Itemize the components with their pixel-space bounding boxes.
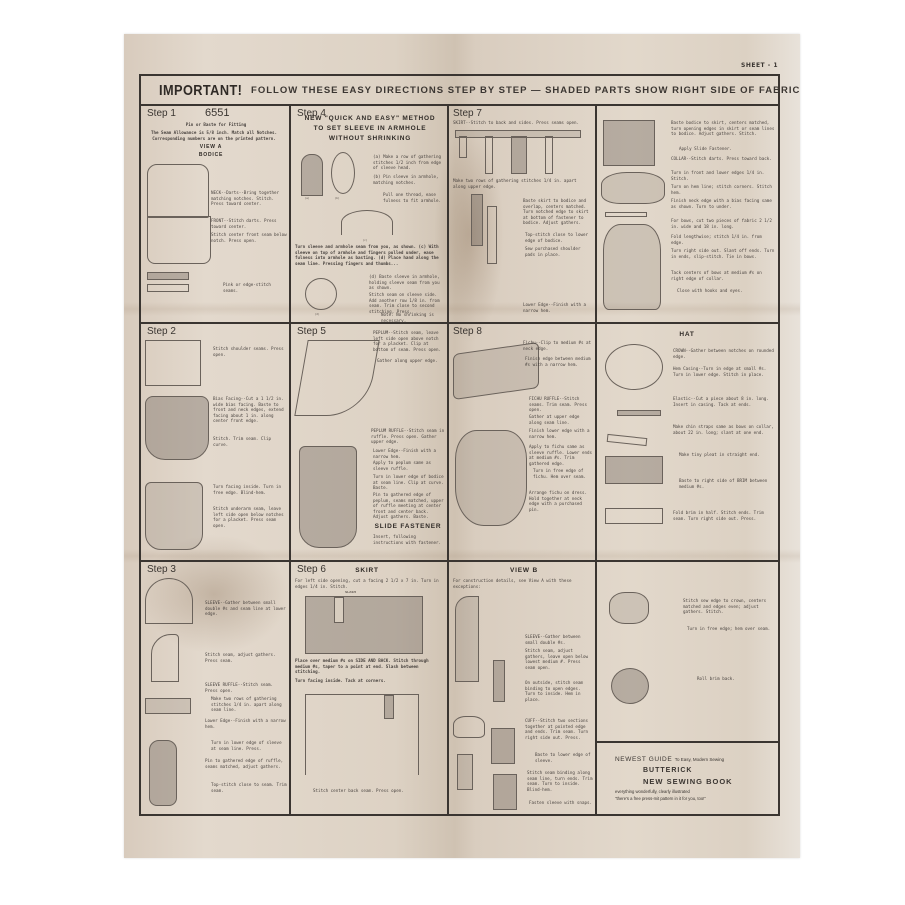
- step-note: Pin to gathered edge of peplum, seams ma…: [373, 492, 445, 520]
- collar-sketch: [601, 172, 665, 204]
- step-note: Sew purchased shoulder pads in place.: [525, 246, 593, 257]
- ease-sketch: [341, 210, 393, 235]
- elastic-sketch: [617, 410, 661, 416]
- step-3-cell: Step 3 SLEEVE--Gather between small doub…: [141, 562, 289, 814]
- bodice-back-sketch: [147, 216, 211, 264]
- hat-cell: HAT CROWN--Gather between notches on rou…: [597, 324, 778, 560]
- seam-allowance: The Seam Allowance is 5/8 inch. Match al…: [149, 130, 279, 141]
- step-note: FRONT--Stitch darts. Press toward center…: [211, 218, 287, 229]
- banner-instruction: FOLLOW THESE EASY DIRECTIONS STEP BY STE…: [251, 85, 800, 96]
- crown-sketch: [605, 344, 663, 390]
- view-b-intro: For construction details, see View A wit…: [453, 578, 593, 589]
- fastened-sleeve-sketch: [493, 774, 517, 810]
- important-heading: IMPORTANT!: [159, 82, 242, 99]
- binding-sketch: [457, 754, 473, 790]
- step-note: SLEEVE--Gather between small double #s.: [525, 634, 593, 645]
- step-note: Arrange fichu on dress. Hold together at…: [529, 490, 593, 512]
- step-note: (b) Pin sleeve in armhole, matching notc…: [373, 174, 443, 185]
- instruction-frame: IMPORTANT! FOLLOW THESE EASY DIRECTIONS …: [139, 74, 780, 816]
- subtitle: Pin or Baste for Fitting: [161, 122, 271, 128]
- step-note: FICHU RUFFLE--Stitch seams. Trim seam. P…: [529, 396, 593, 413]
- step-8-cell: Step 8 Fichu--Clip to medium #s at neck …: [449, 324, 595, 560]
- armhole-sketch: [331, 152, 355, 194]
- step-note: Turn in free edge of fichu. Hem over sea…: [533, 468, 593, 479]
- step-note: (d) Baste sleeve in armhole, holding sle…: [369, 274, 441, 291]
- advert-lead-rest: To Easy, Modern Sewing: [675, 757, 724, 762]
- peplum-sketch: [294, 340, 379, 416]
- step-note: Finish edge between medium #s with a nar…: [525, 356, 593, 367]
- step-note: (a) Make a row of gathering stitches 1/2…: [373, 154, 443, 171]
- step-note: Fasten sleeve with snaps.: [529, 800, 593, 806]
- step-note: Fold brim in half. Stitch ends. Trim sea…: [673, 510, 775, 521]
- step-title: Step 3: [147, 564, 176, 575]
- step-note: Lower Edge--Finish with a narrow hem.: [205, 718, 287, 729]
- step-note: Apply Slide Fastener.: [679, 146, 775, 152]
- cuff-basting-sketch: [491, 728, 515, 764]
- step-note: Bias Facing--Cut a 1 1/2 in. wide bias f…: [213, 396, 287, 424]
- step-title: Step 1: [147, 108, 176, 119]
- step-5-cell: Step 5 PEPLUM--Stitch seam, leave left s…: [291, 324, 447, 560]
- figure-label: (d): [315, 312, 319, 316]
- skirt-heading: SKIRT: [347, 566, 387, 576]
- step-note: Stitch sew edge to crown, centers matche…: [683, 598, 773, 615]
- step-note: Lower Edge--Finish with a narrow hem.: [373, 448, 445, 459]
- figure-label: (a): [305, 196, 309, 200]
- step-note: Elastic--Cut a piece about 8 in. long. I…: [673, 396, 775, 407]
- step-note: Turn in free edge; hem over seam.: [687, 626, 773, 632]
- step-note: Turn sleeve and armhole seam from you, a…: [295, 244, 443, 266]
- step-note: Gather along upper edge.: [377, 358, 445, 364]
- step-note: Place over medium #s on SIDE AND BACK. S…: [295, 658, 443, 675]
- sleeve-seam-sketch: [151, 634, 179, 682]
- step-note: CUFF--Stitch two sections together at po…: [525, 718, 593, 740]
- slide-fastener-heading: SLIDE FASTENER: [371, 522, 445, 532]
- step-note: Make chin straps same as bows on collar,…: [673, 424, 775, 435]
- hat-finish-cell: Stitch sew edge to crown, centers matche…: [597, 562, 778, 742]
- banner: IMPORTANT! FOLLOW THESE EASY DIRECTIONS …: [141, 76, 778, 106]
- step-6-cell: Step 6 SKIRT For left side opening, cut …: [291, 562, 447, 814]
- step-title: Step 5: [297, 326, 326, 337]
- step-2-cell: Step 2 Stitch shoulder seams. Press open…: [141, 324, 289, 560]
- finished-bonnet-sketch: [611, 668, 649, 704]
- step-note: CROWN--Gather between notches on rounded…: [673, 348, 775, 359]
- step-note: Note: No shrinking is necessary.: [381, 312, 441, 323]
- skirt-back-sketch: [305, 694, 419, 775]
- skirt-panel-sketch: [545, 136, 553, 174]
- step-1-cell: Step 1 6551 Pin or Baste for Fitting The…: [141, 106, 289, 322]
- step-note: SKIRT--Stitch to back and sides. Press s…: [453, 120, 593, 126]
- sleeve-sketch: [301, 154, 323, 196]
- bodice-collar-cell: Baste bodice to skirt, centers matched, …: [597, 106, 778, 322]
- skirt-panel-sketch: [485, 136, 493, 174]
- step-note: Insert, following instructions with fast…: [373, 534, 445, 545]
- step-note: On outside, stitch seam binding to open …: [525, 680, 593, 702]
- step-note: Turn in lower edge of bodice at seam lin…: [373, 474, 445, 491]
- step-note: NECK--Darts--Bring together matching not…: [211, 190, 287, 207]
- folded-brim-sketch: [605, 508, 663, 524]
- step-note: Tack centers of bows at medium #s on rig…: [671, 270, 775, 281]
- bodice-shoulder-sketch: [145, 340, 201, 386]
- step-note: Pin to gathered edge of ruffle, seams ma…: [205, 758, 287, 769]
- step-note: PEPLUM RUFFLE--Stitch seam in ruffle. Pr…: [371, 428, 445, 445]
- step-note: Make tiny pleat in straight end.: [679, 452, 775, 458]
- step-note: Stitch center back seam. Press open.: [313, 788, 443, 794]
- step-note: Fichu--Clip to medium #s at neck edge.: [523, 340, 593, 351]
- chin-strap-sketch: [607, 434, 648, 446]
- step-note: Baste to lower edge of sleeve.: [535, 752, 593, 763]
- bonnet-sketch: [609, 592, 649, 624]
- step-note: Turn in front and lower edges 1/4 in. St…: [671, 170, 775, 181]
- bodice-gather-sketch: [487, 206, 497, 264]
- brim-sketch: [605, 456, 663, 484]
- heading-line: WITHOUT SHRINKING: [297, 134, 443, 144]
- skirt-slash-sketch: [305, 596, 423, 654]
- advert-quote: "there's a free press-mit pattern in it …: [615, 796, 706, 801]
- step-note: Fold lengthwise; stitch 1/4 in. from edg…: [671, 234, 775, 245]
- step-4-cell: Step 4 NEW "QUICK AND EASY" METHOD TO SE…: [291, 106, 447, 322]
- long-sleeve-sketch: [455, 596, 479, 682]
- step-note: SLEEVE--Gather between small double #s a…: [205, 600, 287, 617]
- sleeve-sketch: [145, 578, 193, 624]
- step-note: Apply to fichu same as sleeve ruffle. Lo…: [529, 444, 593, 466]
- advert-tagline: everything wonderfully, clearly illustra…: [615, 789, 690, 794]
- step-note: Stitch underarm seam, leave left side op…: [213, 506, 287, 528]
- placket-sketch: [384, 695, 394, 719]
- heading-line: TO SET SLEEVE IN ARMHOLE: [297, 124, 443, 134]
- advert-lead-text: NEWEST GUIDE: [615, 756, 672, 763]
- placket-facing-sketch: [334, 597, 344, 623]
- step-title: Step 6: [297, 564, 326, 575]
- step-note: Hem Casing--Turn in edge at small #s. Tu…: [673, 366, 775, 377]
- heading-line: NEW "QUICK AND EASY" METHOD: [297, 114, 443, 124]
- step-note: Baste skirt to bodice and overlap, cente…: [523, 198, 593, 226]
- bow-strip-sketch: [605, 212, 647, 217]
- bodice-facing-sketch: [145, 396, 209, 460]
- step-note: Baste bodice to skirt, centers matched, …: [671, 120, 775, 137]
- step-note: Turn in lower edge of sleeve at seam lin…: [211, 740, 287, 751]
- dress-fichu-sketch: [455, 430, 527, 526]
- step-note: Lower Edge--Finish with a narrow hem.: [523, 302, 591, 313]
- hat-heading: HAT: [667, 330, 707, 340]
- sleeve-binding-sketch: [493, 660, 505, 702]
- bodice-gather-sketch: [471, 194, 483, 246]
- figure-label: (b): [335, 196, 339, 200]
- sheet-label: SHEET - 1: [741, 62, 778, 69]
- step-note: Top-stitch close to seam. Trim seam.: [211, 782, 287, 793]
- step-note: Top-stitch close to lower edge of bodice…: [525, 232, 593, 243]
- step-note: Turn facing inside. Turn in free edge. B…: [213, 484, 287, 495]
- advert-lead: NEWEST GUIDE To Easy, Modern Sewing: [615, 756, 724, 763]
- bodice-skirt-sketch: [603, 120, 655, 166]
- bodice-front-sketch: [147, 164, 209, 218]
- step-note: COLLAR--Stitch darts. Press toward back.: [671, 156, 775, 162]
- step-note: Make two rows of gathering stitches 1/4 …: [211, 696, 287, 713]
- step-note: Gather at upper edge along seam line.: [529, 414, 593, 425]
- step-note: PEPLUM--Stitch seam, leave left side ope…: [373, 330, 445, 352]
- skirt-panel-sketch: [511, 136, 527, 174]
- seam-sketch: [147, 284, 189, 292]
- step-note: Roll brim back.: [697, 676, 767, 682]
- step-note: Stitch seam, adjust gathers. Press seam.: [205, 652, 287, 663]
- pattern-instruction-sheet: SHEET - 1 IMPORTANT! FOLLOW THESE EASY D…: [124, 34, 800, 858]
- seam-sketch: [147, 272, 189, 280]
- sleeve-basting-sketch: [305, 278, 337, 310]
- step-title: Step 8: [453, 326, 482, 337]
- sleeve-ruffle-sketch: [145, 698, 191, 714]
- view-b-cell: VIEW B For construction details, see Vie…: [449, 562, 595, 814]
- step-7-cell: Step 7 SKIRT--Stitch to back and sides. …: [449, 106, 595, 322]
- step-note: For bows, cut two pieces of fabric 2 1/2…: [671, 218, 775, 229]
- step-note: Stitch seam binding along seam line, tur…: [527, 770, 593, 792]
- step-note: Stitch. Trim seam. Clip curve.: [213, 436, 287, 447]
- step-note: SLEEVE RUFFLE--Stitch seam. Press open.: [205, 682, 287, 693]
- step-note: For left side opening, cut a facing 2 1/…: [295, 578, 443, 589]
- dress-sketch: [603, 224, 661, 310]
- peplum-ruffle-sketch: [299, 446, 357, 548]
- step-note: Finish neck edge with a bias facing same…: [671, 198, 775, 209]
- step-note: Stitch seam, adjust gathers, leave open …: [525, 648, 593, 670]
- figure-label: (c): [363, 238, 367, 242]
- step-note: Make two rows of gathering stitches 1/4 …: [453, 178, 591, 189]
- step-note: Pink or edge-stitch seams.: [223, 282, 283, 293]
- step-title: Step 7: [453, 108, 482, 119]
- slash-label: SLASH: [345, 590, 356, 594]
- advert-book-title: NEW SEWING BOOK: [643, 777, 733, 786]
- step-note: Turn right side out. Slant off ends. Tur…: [671, 248, 775, 259]
- step-heading: NEW "QUICK AND EASY" METHOD TO SET SLEEV…: [297, 114, 443, 144]
- step-note: Turn on hem line; stitch corners. Stitch…: [671, 184, 775, 195]
- finished-sleeve-sketch: [149, 740, 177, 806]
- step-note: Baste to right side of BRIM between medi…: [679, 478, 775, 489]
- advert-brand: BUTTERICK: [643, 767, 692, 774]
- bodice-underarm-sketch: [145, 482, 203, 550]
- step-title: Step 2: [147, 326, 176, 337]
- step-note: Turn facing inside. Tack at corners.: [295, 678, 443, 684]
- step-note: Stitch shoulder seams. Press open.: [213, 346, 287, 357]
- skirt-panel-sketch: [459, 136, 467, 158]
- step-note: Finish lower edge with a narrow hem.: [529, 428, 593, 439]
- cuff-sketch: [453, 716, 485, 738]
- step-note: Stitch center front seam below notch. Pr…: [211, 232, 287, 243]
- view-b-heading: VIEW B: [499, 566, 549, 576]
- butterick-advert: NEWEST GUIDE To Easy, Modern Sewing BUTT…: [597, 744, 778, 814]
- section-label: BODICE: [181, 150, 241, 160]
- pattern-number: 6551: [205, 107, 229, 119]
- step-note: Apply to peplum same as sleeve ruffle.: [373, 460, 445, 471]
- step-note: Pull one thread, ease fulness to fit arm…: [383, 192, 443, 203]
- step-note: Close with hooks and eyes.: [677, 288, 775, 294]
